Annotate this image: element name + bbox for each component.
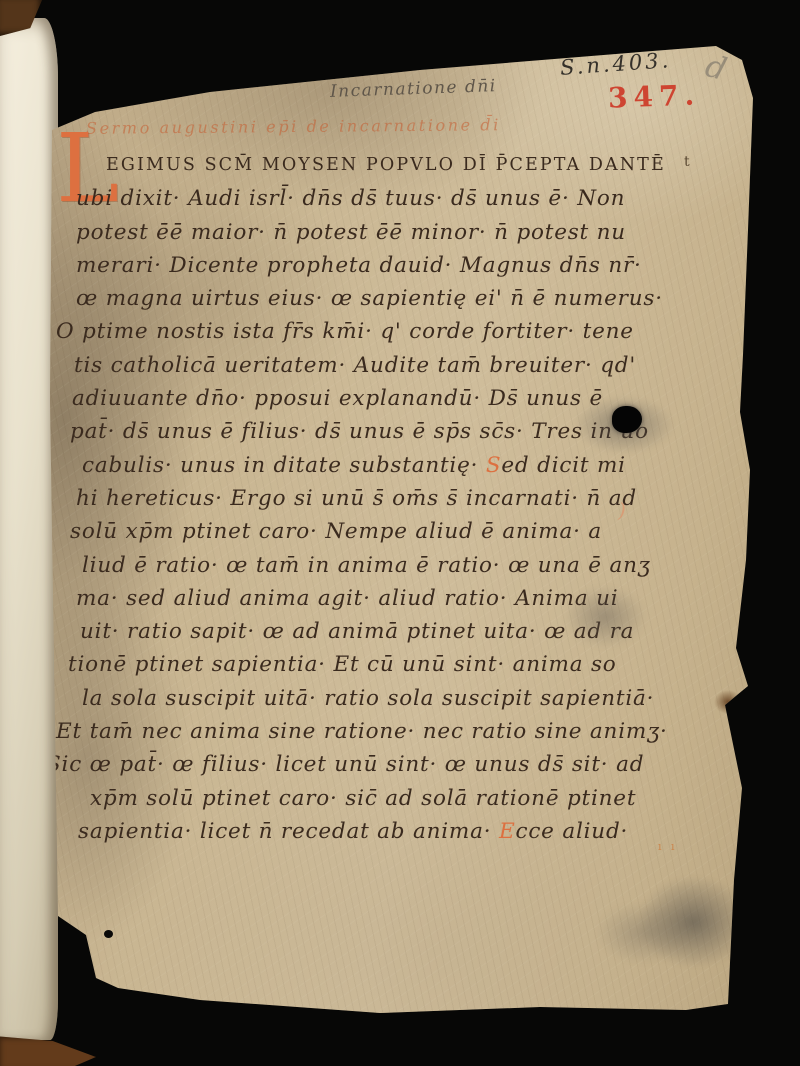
parchment-page: S.n.403. 347. d Sermo Incarnatione dn̄i … xyxy=(0,0,800,1066)
text-segment: cce aliud· xyxy=(516,819,629,844)
manuscript-text-line: adiuuante dn̄o· pposui explanandū· Ds̄ u… xyxy=(72,382,785,415)
header-note-sermo: Sermo xyxy=(94,85,149,106)
manuscript-text-line: sapientia· licet n̄ recedat ab anima· Ec… xyxy=(78,815,785,848)
manuscript-text-line: EGIMUS SCM̄ MOYSEN POPVLO DĪ P̄CEPTA DAN… xyxy=(106,149,785,182)
text-segment: ma· sed aliud anima agit· aliud ratio· A… xyxy=(76,586,618,611)
text-segment: la sola suscipit uitā· ratio sola suscip… xyxy=(82,686,654,711)
text-segment: hi hereticus· Ergo si unū s̄ om̄s s̄ inc… xyxy=(76,486,637,511)
text-segment: liud ē ratio· œ tam̄ in anima ē ratio· œ… xyxy=(82,553,651,578)
text-segment: ubi dixit· Audi isrl̄· dn̄s ds̄ tuus· ds… xyxy=(76,186,625,211)
manuscript-text-line: potest ēē maior· n̄ potest ēē minor· n̄ … xyxy=(76,216,785,249)
manuscript-text-line: Et tam̄ nec anima sine ratione· nec rati… xyxy=(56,715,785,748)
text-segment: pat̄· ds̄ unus ē filius· ds̄ unus ē sp̄s… xyxy=(70,419,649,444)
manuscript-text-line: ubi dixit· Audi isrl̄· dn̄s ds̄ tuus· ds… xyxy=(76,182,785,215)
manuscript-text-line: liud ē ratio· œ tam̄ in anima ē ratio· œ… xyxy=(82,549,785,582)
manuscript-text-line: ma· sed aliud anima agit· aliud ratio· A… xyxy=(76,582,785,615)
text-segment: O ptime nostis ista fr̄s km̄i· q' corde … xyxy=(56,319,634,344)
manuscript-text-block: EGIMUS SCM̄ MOYSEN POPVLO DĪ P̄CEPTA DAN… xyxy=(0,149,785,848)
text-segment: adiuuante dn̄o· pposui explanandū· Ds̄ u… xyxy=(72,386,603,411)
book-block-edge xyxy=(0,18,58,1040)
manuscript-text-line: merari· Dicente propheta dauid· Magnus d… xyxy=(76,249,785,282)
rubricated-initial: E xyxy=(499,819,516,844)
text-segment: Sic œ pat̄· œ filius· licet unū sint· œ … xyxy=(46,752,644,777)
text-segment: ed dicit mi xyxy=(501,453,625,478)
text-segment: potest ēē maior· n̄ potest ēē minor· n̄ … xyxy=(76,220,626,245)
text-segment: Et tam̄ nec anima sine ratione· nec rati… xyxy=(56,719,668,744)
brown-edge-stain xyxy=(714,690,742,714)
manuscript-text-line: œ magna uirtus eius· œ sapientię ei' n̄ … xyxy=(76,282,785,315)
text-segment: sapientia· licet n̄ recedat ab anima· xyxy=(78,819,499,844)
text-segment: œ magna uirtus eius· œ sapientię ei' n̄ … xyxy=(76,286,663,311)
manuscript-text-line: hi hereticus· Ergo si unū s̄ om̄s s̄ inc… xyxy=(76,482,785,515)
text-segment: uit· ratio sapit· œ ad animā ptinet uita… xyxy=(80,619,634,644)
manuscript-text-line: O ptime nostis ista fr̄s km̄i· q' corde … xyxy=(56,315,785,348)
text-segment: EGIMUS SCM̄ MOYSEN POPVLO DĪ P̄CEPTA DAN… xyxy=(106,155,666,175)
manuscript-text-line: tis catholicā ueritatem· Audite tam̄ bre… xyxy=(74,349,785,382)
manuscript-text-line: uit· ratio sapit· œ ad animā ptinet uita… xyxy=(80,615,785,648)
manuscript-photo: S.n.403. 347. d Sermo Incarnatione dn̄i … xyxy=(0,0,800,1066)
manuscript-text-line: Sic œ pat̄· œ filius· licet unū sint· œ … xyxy=(46,748,785,781)
rubricated-initial: S xyxy=(486,453,502,478)
text-segment: tionē ptinet sapientia· Et cū unū sint· … xyxy=(68,652,617,677)
manuscript-text-line: tionē ptinet sapientia· Et cū unū sint· … xyxy=(68,648,785,681)
manuscript-text-line: solū xp̄m ptinet caro· Nempe aliud ē ani… xyxy=(70,515,785,548)
manuscript-text-line: pat̄· ds̄ unus ē filius· ds̄ unus ē sp̄s… xyxy=(70,415,785,448)
manuscript-text-line: xp̄m solū ptinet caro· sic̄ ad solā rati… xyxy=(90,782,785,815)
text-segment: tis catholicā ueritatem· Audite tam̄ bre… xyxy=(74,353,636,378)
manuscript-text-line: la sola suscipit uitā· ratio sola suscip… xyxy=(82,682,785,715)
gray-smudge-right xyxy=(564,586,646,648)
text-segment: cabulis· unus in ditate substantię· xyxy=(82,453,486,478)
manuscript-text-line: cabulis· unus in ditate substantię· Sed … xyxy=(82,449,785,482)
gray-stain-bottom-right-halo xyxy=(596,902,691,964)
text-segment: merari· Dicente propheta dauid· Magnus d… xyxy=(76,253,642,278)
text-segment: xp̄m solū ptinet caro· sic̄ ad solā rati… xyxy=(90,786,636,811)
text-segment: solū xp̄m ptinet caro· Nempe aliud ē ani… xyxy=(70,519,602,544)
small-hole-bottom-left xyxy=(104,930,113,938)
